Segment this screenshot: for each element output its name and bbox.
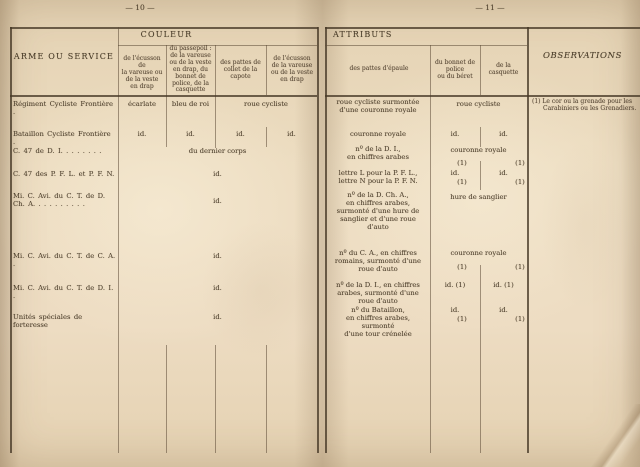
cell-couleur-r7: id. [118,284,317,292]
observations-left-border [527,27,529,453]
column-header-casquette: de la casquette [481,63,526,77]
cell-casquette-r7: id. (1) [480,281,527,289]
footnote-ref: (1) [442,159,482,167]
cell-passepoil-r1: bleu de roi [166,100,215,108]
grid-line [166,345,167,453]
ink-bleed-smudge [540,140,630,310]
column-header-ecusson-veste: de l'écusson de la vareuse ou de la vest… [267,56,317,84]
arme-row-label: Bataillon Cycliste Frontière . [13,130,116,146]
cell-casquette-r8: id. [480,306,527,314]
cell-epaule-r6: nº du C. A., en chiffres romains, surmon… [328,249,428,273]
cell-bonnet-casquette-r1: roue cycliste [430,100,527,108]
cell-ecusson-veste-r2: id. [266,130,317,138]
cell-bonnet-r2: id. [430,130,480,138]
grid-line [215,345,216,453]
cell-epaule-r4: lettre L pour la P. F. L., lettre N pour… [328,169,428,185]
right-table-left-border [325,27,327,453]
footnote-ref: (1) [442,263,482,271]
couleur-group-header: COULEUR [118,31,215,39]
cell-bonnet-r7: id. (1) [430,281,480,289]
cell-epaule-r1: roue cycliste surmontée d'une couronne r… [328,98,428,114]
footnote-ref: (1) [442,315,482,323]
cell-pattes-ecusson-r1: roue cycliste [215,100,317,108]
cell-bonnet-r4: id. [430,169,480,177]
arme-row-label: Mi. C. Avi. du C. T. de D. I. . [13,284,116,300]
arme-row-label: C. 47 de D. I. . . . . . . . [13,147,116,155]
cell-couleur-r6: id. [118,252,317,260]
column-header-pattes-epaule: des pattes d'épaule [330,66,428,73]
left-table-left-border [10,27,12,453]
cell-couleur-r4: id. [118,170,317,178]
footnote-ref: (1) [442,178,482,186]
arme-row-label: Mi. C. Avi. du C. T. de C. A. . [13,252,116,268]
arme-row-label: Unités spéciales de forteresse [13,313,116,329]
cell-casquette-r2: id. [480,130,527,138]
grid-line [325,45,527,46]
grid-line [266,345,267,453]
cell-epaule-r7: nº de la D. I., en chiffres arabes, surm… [328,281,428,305]
arme-row-label: Mi. C. Avi. du C. T. de D. Ch. A. . . . … [13,192,116,208]
column-header-bonnet: du bonnet de police ou du béret [431,60,479,81]
cell-passepoil-r2: id. [166,130,215,138]
cell-couleur-r3: du dernier corps [118,147,317,155]
right-header-bottom-rule [325,95,640,97]
column-header-ecusson: de l'écusson de la vareuse ou de la vest… [119,56,165,91]
footnote-ref: (1) [500,178,540,186]
cell-bonnet-casquette-r5: hure de sanglier [430,193,527,201]
left-table-right-border [317,27,319,453]
grid-line [118,45,317,46]
cell-epaule-r3: nº de la D. I., en chiffres arabes [328,145,428,161]
column-header-pattes-collet: des pattes de collet de la capote [216,60,265,81]
cell-ecusson-r2: id. [118,130,166,138]
cell-epaule-r2: couronne royale [328,130,428,138]
left-table-top-border [10,27,318,29]
grid-line [118,27,119,453]
footnote-ref: (1) [500,315,540,323]
grid-line [480,265,481,453]
arme-row-label: Régiment Cycliste Frontière . [13,100,116,116]
footnote-ref: (1) [500,263,540,271]
cell-epaule-r5: nº de la D. Ch. A., en chiffres arabes, … [328,191,428,231]
attributs-group-header: ATTRIBUTS [333,31,453,39]
right-table-top-border [325,27,640,29]
arme-ou-service-header: ARME OU SERVICE [10,53,118,61]
cell-pattes-r2: id. [215,130,266,138]
cell-ecusson-r1: écarlate [118,100,166,108]
arme-row-label: C. 47 des P. F. L. et P. F. N. [13,170,116,178]
page-fold-crease [586,404,640,467]
left-header-bottom-rule [10,95,317,97]
footnote-ref: (1) [500,159,540,167]
observation-note: (1) Le cor ou la grenade pour les Carabi… [532,98,640,112]
cell-bonnet-casquette-r3: couronne royale [430,146,527,154]
scanned-book-spread: — 10 — — 11 — ARME OU SERVICE COULEUR de… [0,0,640,467]
page-number-right: — 11 — [460,4,520,12]
column-header-passepoil: du passepoil : de la vareuse ou de la ve… [167,46,214,94]
cell-couleur-r5: id. [118,197,317,205]
cell-casquette-r4: id. [480,169,527,177]
cell-bonnet-r8: id. [430,306,480,314]
cell-epaule-r8: nº du Bataillon, en chiffres arabes, sur… [328,306,428,338]
cell-couleur-r8: id. [118,313,317,321]
observations-header: OBSERVATIONS [530,52,635,60]
cell-bonnet-casquette-r6: couronne royale [430,249,527,257]
page-number-left: — 10 — [110,4,170,12]
